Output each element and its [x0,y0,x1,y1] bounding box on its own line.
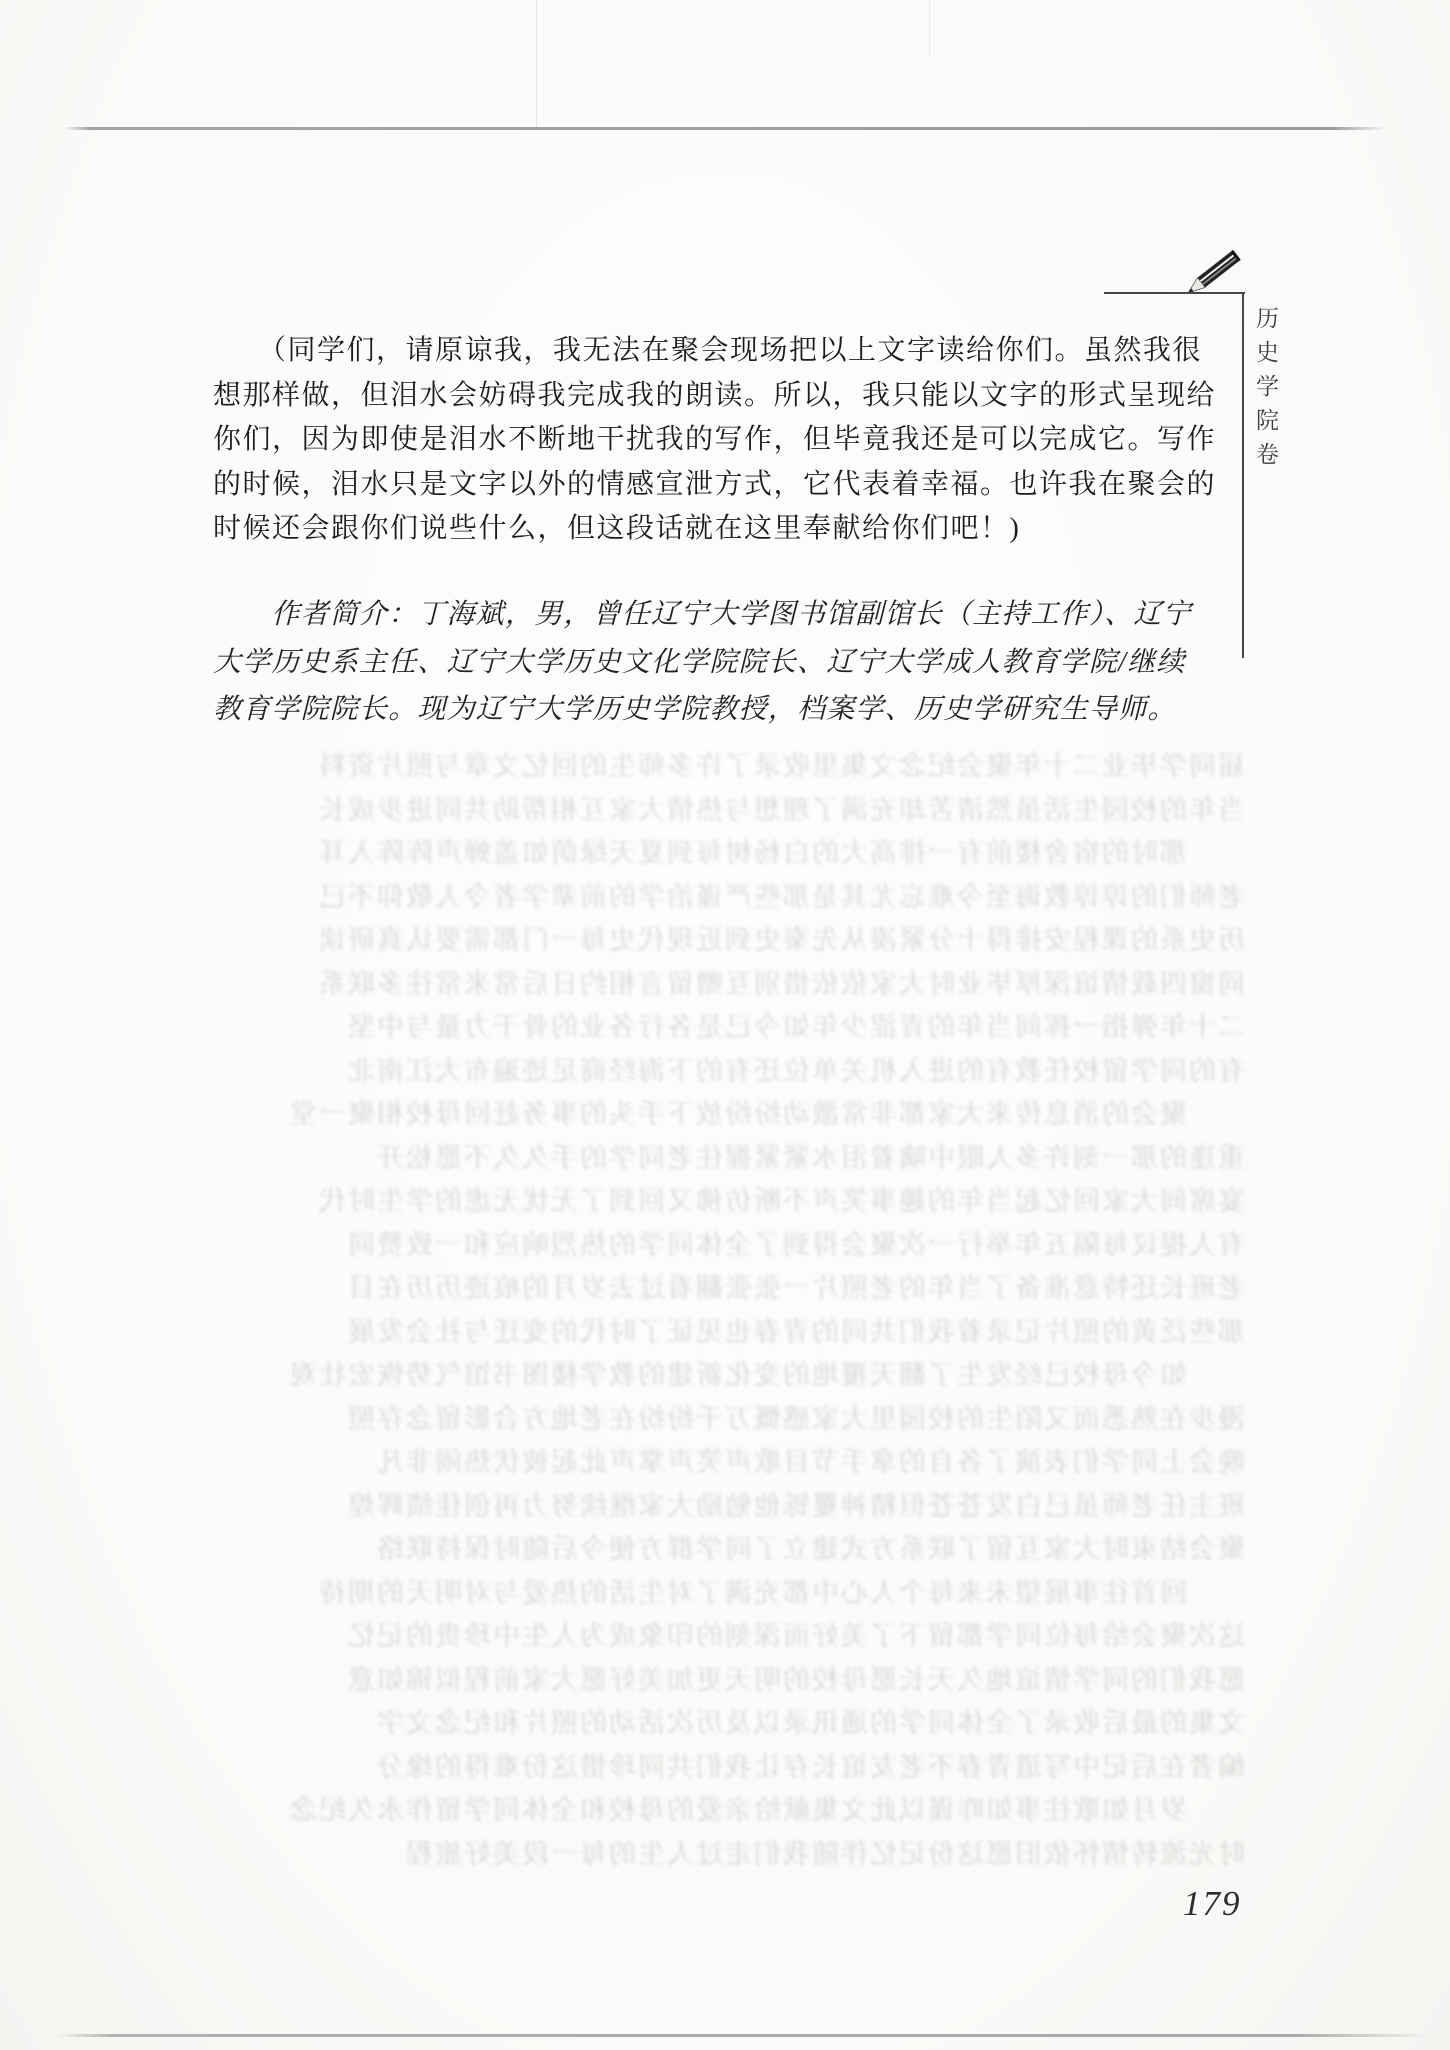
text-line: 漫步在熟悉而又陌生的校园里大家感慨万千纷纷在老地方合影留念存照 [145,1398,1245,1442]
header-corner-rule-horizontal [1104,292,1245,294]
text-line: 聚会的消息传来大家都非常激动纷纷放下手头的事务赶回母校相聚一堂 [145,1093,1245,1137]
scan-artifact-line [536,0,537,127]
text-line: 宴席间大家回忆起当年的趣事笑声不断仿佛又回到了无忧无虑的学生时代 [145,1180,1245,1224]
text-line: 有的同学留校任教有的进入机关单位还有的下海经商足迹遍布大江南北 [145,1050,1245,1094]
text-line: 聚会结束时大家互留了联系方式建立了同学群方便今后随时保持联络 [145,1528,1245,1572]
text-line: 文集的最后收录了全体同学的通讯录以及历次活动的照片和纪念文字 [145,1702,1245,1746]
text-line: 作者简介：丁海斌，男，曾任辽宁大学图书馆副馆长（主持工作）、辽宁 [213,591,1233,639]
text-line: 二十年弹指一挥间当年的青涩少年如今已是各行各业的骨干力量与中坚 [145,1006,1245,1050]
text-line: 时光流转情怀依旧愿这份记忆伴随我们走过人生的每一段美好旅程 [145,1833,1245,1877]
text-line: 如今母校已经发生了翻天覆地的变化新建的教学楼图书馆气势恢宏壮观 [145,1354,1245,1398]
text-line: 有人提议每隔五年举行一次聚会得到了全体同学的热烈响应和一致赞同 [145,1224,1245,1268]
author-bio-paragraph: 作者简介：丁海斌，男，曾任辽宁大学图书馆副馆长（主持工作）、辽宁大学历史系主任、… [213,591,1233,734]
text-line: 的时候，泪水只是文字以外的情感宣泄方式，它代表着幸福。也许我在聚会的 [213,463,1233,508]
text-line: 老师们的谆谆教诲至今难忘尤其是那些严谨治学的前辈学者令人敬仰不已 [145,876,1245,920]
parenthetical-paragraph: （同学们，请原谅我，我无法在聚会现场把以上文字读给你们。虽然我很想那样做，但泪水… [213,329,1233,552]
pencil-icon [1180,243,1258,299]
text-line: 晚会上同学们表演了各自的拿手节目歌声笑声掌声此起彼伏热闹非凡 [145,1441,1245,1485]
bottom-divider-rule [58,2034,1432,2037]
bleed-through-text: 届同学毕业二十年聚会纪念文集里收录了许多师生的回忆文章与照片资料当年的校园生活虽… [145,745,1245,1876]
text-line: 想那样做，但泪水会妨碍我完成我的朗读。所以，我只能以文字的形式呈现给 [213,374,1233,419]
margin-caption-vertical: 历史学院卷 [1249,306,1282,476]
text-line: 回首往事展望未来每个人心中都充满了对生活的热爱与对明天的期待 [145,1572,1245,1616]
text-line: 重逢的那一刻许多人眼中噙着泪水紧紧握住老同学的手久久不愿松开 [145,1137,1245,1181]
text-line: 老班长还特意准备了当年的老照片一张张翻看过去岁月的痕迹历历在目 [145,1267,1245,1311]
text-line: 班主任老师虽已白发苍苍但精神矍铄他勉励大家继续努力再创佳绩辉煌 [145,1485,1245,1529]
page-number: 179 [1183,1884,1242,1924]
scanned-book-page: 历史学院卷 （同学们，请原谅我，我无法在聚会现场把以上文字读给你们。虽然我很想那… [0,0,1450,2050]
text-line: 那些泛黄的照片记录着我们共同的青春也见证了时代的变迁与社会发展 [145,1311,1245,1355]
text-line: 教育学院院长。现为辽宁大学历史学院教授，档案学、历史学研究生导师。 [213,686,1233,734]
text-line: 历史系的课程安排得十分紧凑从先秦史到近现代史每一门都需要认真研读 [145,919,1245,963]
text-line: 岁月如歌往事如昨谨以此文集献给亲爱的母校和全体同学留作永久纪念 [145,1789,1245,1833]
text-line: 当年的校园生活虽然清苦却充满了理想与热情大家互相帮助共同进步成长 [145,789,1245,833]
scan-artifact-line [929,0,930,58]
text-line: 这次聚会给每位同学都留下了美好而深刻的印象成为人生中珍贵的记忆 [145,1615,1245,1659]
text-line: 你们，因为即使是泪水不断地干扰我的写作，但毕竟我还是可以完成它。写作 [213,418,1233,463]
text-line: 愿我们的同学情谊地久天长愿母校的明天更加美好愿大家前程似锦如意 [145,1659,1245,1703]
text-line: 同窗四载情谊深厚毕业时大家依依惜别互赠留言相约日后常来常往多联系 [145,963,1245,1007]
header-corner-rule-vertical [1242,292,1244,658]
top-divider-rule [64,127,1386,130]
text-line: 编者在后记中写道青春不老友谊长存让我们共同珍惜这份难得的缘分 [145,1746,1245,1790]
text-line: （同学们，请原谅我，我无法在聚会现场把以上文字读给你们。虽然我很 [213,329,1233,374]
text-line: 那时的宿舍楼前有一排高大的白杨树每到夏天绿荫如盖蝉声阵阵入耳 [145,832,1245,876]
text-line: 时候还会跟你们说些什么，但这段话就在这里奉献给你们吧！) [213,507,1233,552]
text-line: 大学历史系主任、辽宁大学历史文化学院院长、辽宁大学成人教育学院/继续 [213,639,1233,687]
text-line: 届同学毕业二十年聚会纪念文集里收录了许多师生的回忆文章与照片资料 [145,745,1245,789]
